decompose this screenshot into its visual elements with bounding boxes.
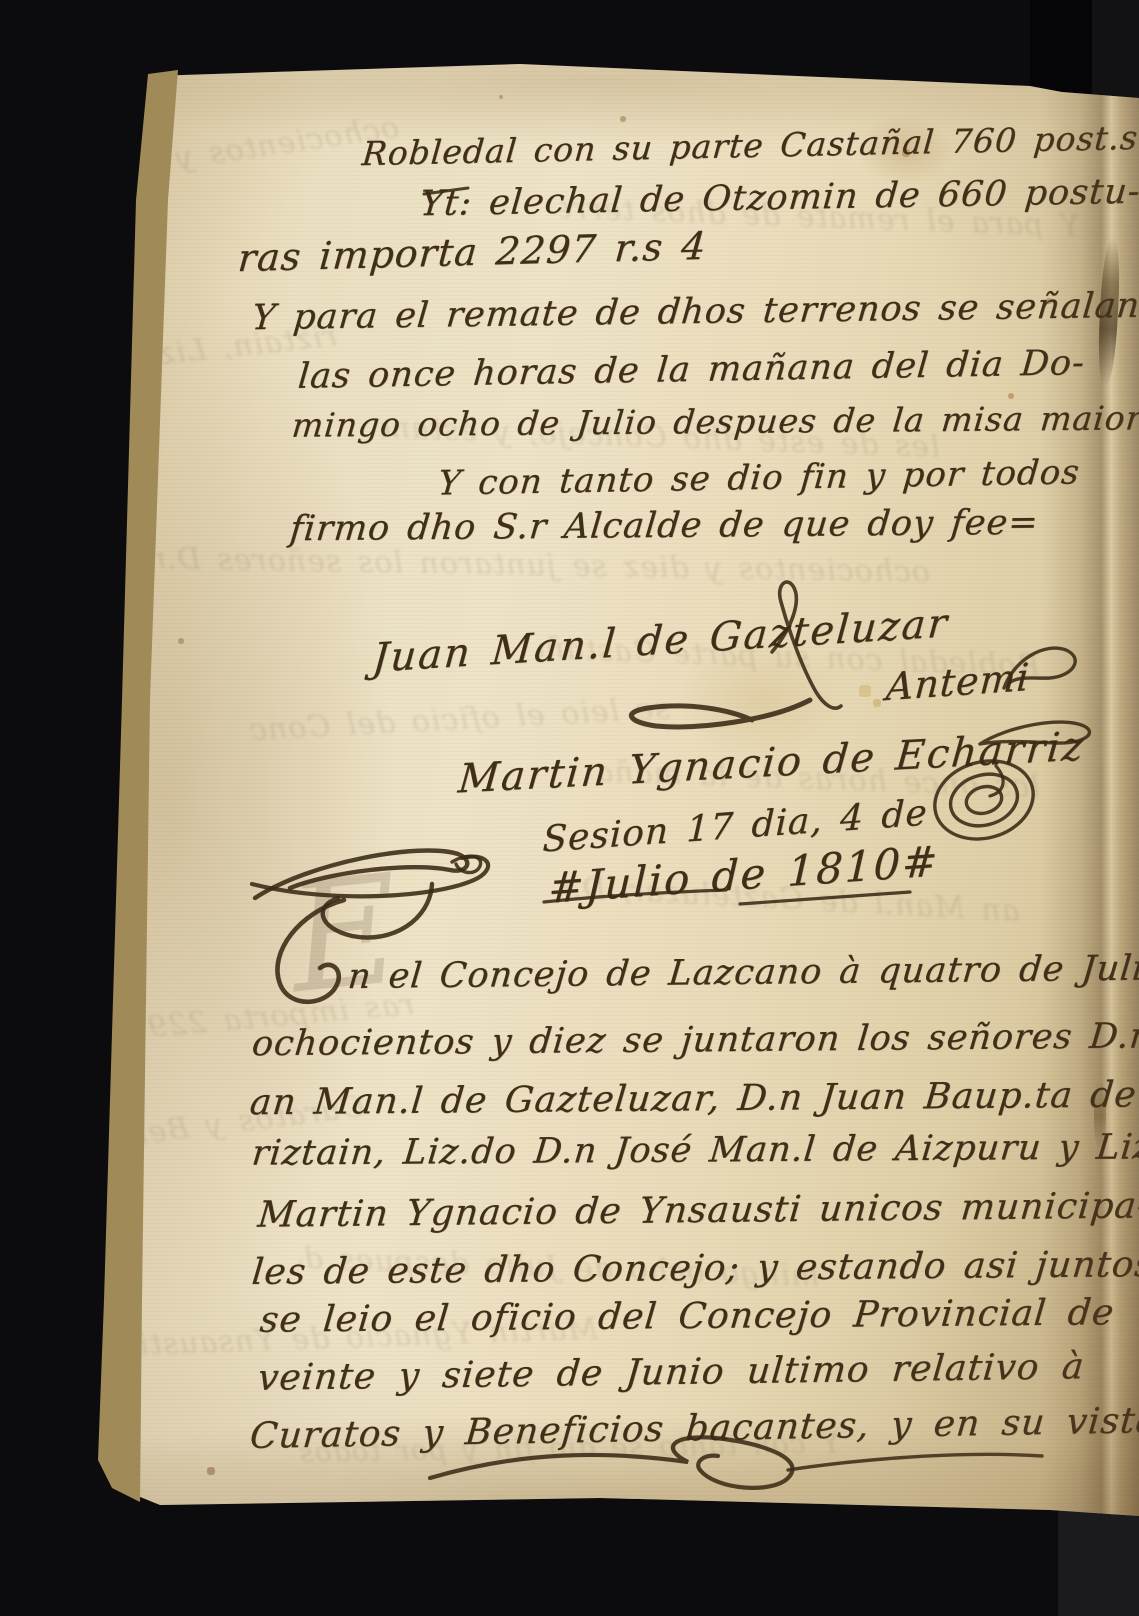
manuscript-line: firmo dho S.r Alcalde de que doy fee= bbox=[288, 503, 1040, 550]
manuscript-line: ochocientos y diez se juntaron los señor… bbox=[250, 1016, 1139, 1064]
decorative-initial-E: E bbox=[281, 843, 408, 1027]
manuscript-line: les de este dho Concejo; y estando asi j… bbox=[250, 1244, 1139, 1293]
background-top-right-shadow bbox=[1092, 0, 1139, 101]
manuscript-line: mingo ocho de Julio despues de la misa m… bbox=[290, 398, 1139, 445]
foxing-specks bbox=[0, 0, 2, 2]
manuscript-page: ochocientos y diez se juntaron los señor… bbox=[0, 0, 1139, 1616]
manuscript-line: an Man.l de Gazteluzar, D.n Juan Baup.ta… bbox=[248, 1074, 1139, 1123]
background-bottom-right-shadow bbox=[1058, 1506, 1139, 1616]
photo-scene: ochocientos y diez se juntaron los señor… bbox=[0, 0, 1139, 1616]
background-strap-shadow bbox=[1030, 0, 1092, 97]
manuscript-line: se leio el oficio del Concejo Provincial… bbox=[258, 1292, 1116, 1340]
manuscript-line: riztain, Liz.do D.n José Man.l de Aizpur… bbox=[250, 1126, 1139, 1173]
